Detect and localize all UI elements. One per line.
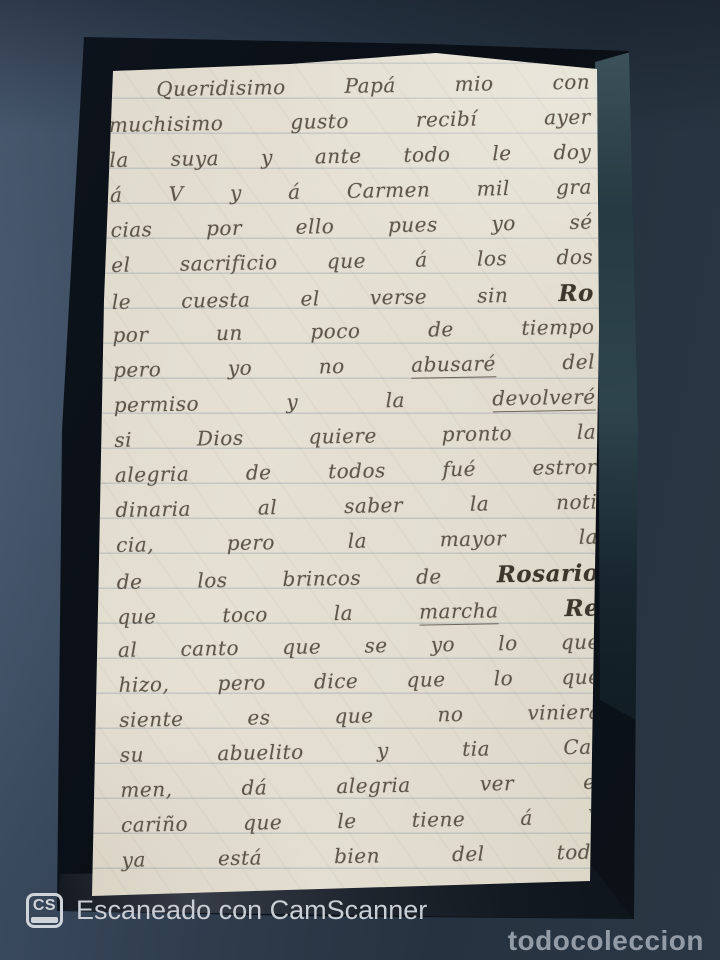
letter-word: fué [442, 457, 476, 482]
letter-word: tiene [412, 807, 466, 832]
letter-word: que [334, 703, 373, 728]
letter-word: del [562, 350, 595, 375]
letter-word: ver [480, 771, 515, 796]
letter-word: todo [556, 839, 603, 864]
letter-word: dá [241, 775, 267, 799]
camscanner-logo-text: CS [29, 897, 60, 915]
letter-word: cia, [116, 532, 154, 557]
letter-word: canto [180, 636, 239, 661]
letter-word: se [364, 633, 388, 657]
letter-word: permiso [113, 391, 199, 416]
letter-word: los [477, 246, 508, 271]
letter-word: Carmen [347, 177, 431, 202]
letter-word: abusaré [411, 351, 496, 378]
letter-word: le [337, 809, 357, 833]
letter-word: dice [314, 669, 359, 694]
letter-word: Ro [558, 280, 594, 308]
letter-word: yo [491, 211, 516, 235]
letter-word: no [437, 702, 463, 726]
letter-word: verse [370, 284, 428, 309]
letter-word: mayor [440, 526, 507, 551]
letter-word: bien [334, 843, 380, 868]
letter-word: está [218, 845, 262, 870]
letter-word: quiere [308, 423, 377, 448]
letter-word: hizo, [118, 672, 169, 697]
letter-word: ante [315, 144, 362, 169]
letter-word: á [415, 247, 428, 271]
letter-word: el [111, 253, 131, 277]
letter-word: y [230, 181, 242, 205]
letter-word: sacrificio [180, 250, 278, 276]
letter-word: que [406, 667, 445, 692]
letter-word: V [588, 804, 603, 828]
letter-word: doy [553, 140, 591, 165]
letter-word: saber [344, 493, 403, 518]
letter-word: lo [494, 666, 514, 690]
letter-word: siente [119, 707, 184, 732]
letter-word: que [117, 604, 156, 629]
letter-word: pero [217, 670, 266, 695]
letter-word: yo [431, 632, 456, 656]
letter-word: men, [120, 777, 172, 802]
camscanner-logo-bar [31, 917, 58, 923]
letter-word: noti [556, 490, 598, 515]
letter-word: de [416, 564, 442, 588]
letter-word: el [300, 286, 320, 310]
letter-word: que [327, 249, 366, 274]
letter-word: estror [532, 455, 597, 480]
letter-word: á [110, 183, 123, 207]
letter-word: si [114, 428, 132, 452]
letter-word: dinaria [115, 497, 191, 522]
letter-word: todo [403, 142, 450, 167]
letter-word: alegria [115, 462, 190, 487]
letter-word: cuesta [181, 288, 251, 313]
letter-word: un [216, 321, 243, 345]
letter-word: mio [454, 71, 493, 96]
letter-word: viniera [527, 699, 601, 724]
letter-word: ello [295, 214, 334, 239]
letter-word: á [288, 180, 301, 204]
letter-word: ayer [544, 105, 591, 130]
letter-word: toco [222, 602, 268, 627]
letter-word: brincos [282, 566, 361, 591]
letter-word: tia [462, 736, 490, 760]
letter-word: por [112, 322, 148, 347]
letter-word: la [470, 491, 490, 515]
letter-word: la [109, 148, 129, 172]
letter-word: á [520, 806, 533, 830]
letter-word: al [258, 495, 278, 519]
letter-word: es [247, 705, 271, 729]
letter-word: la [577, 420, 597, 444]
letter-word: pronto [441, 421, 512, 446]
letter-word: pues [388, 212, 438, 237]
camscanner-watermark: CS Escaneado con CamScanner [26, 893, 427, 928]
letter-word: cariño [121, 812, 188, 837]
letter-word: pero [227, 530, 276, 555]
letter-word: V [169, 182, 184, 206]
letter-lines: QueridisimoPapámioconmuchisimogustorecib… [108, 70, 604, 883]
letter-word: la [385, 388, 405, 412]
letter-word: la [579, 525, 599, 549]
letter-word: le [112, 290, 132, 314]
letter-word: Papá [344, 73, 396, 98]
letter-word: y [261, 145, 273, 169]
letter-word: que [282, 634, 321, 659]
letter-word: gra [556, 175, 592, 200]
letter-word: y [286, 390, 298, 414]
camscanner-watermark-label: Escaneado con CamScanner [76, 895, 427, 926]
letter-word: devolveré [492, 385, 596, 413]
letter-word: por [206, 216, 242, 241]
letter-word: los [197, 568, 228, 593]
letter-word: la [347, 529, 367, 553]
letter-word: muchisimo [109, 111, 224, 137]
letter-word: abuelito [217, 740, 304, 766]
todocoleccion-watermark: todocoleccion [508, 925, 704, 957]
scanned-letter-photo: QueridisimoPapámioconmuchisimogustorecib… [0, 0, 720, 960]
letter-line: yaestábiendeltodo [121, 839, 604, 882]
letter-word: que [243, 810, 282, 835]
letter-word: del [452, 842, 485, 867]
letter-word: alegria [336, 773, 411, 798]
letter-word: marcha [419, 598, 499, 625]
letter-word: el [583, 769, 603, 793]
camscanner-logo-icon: CS [26, 893, 63, 928]
black-mount-card: QueridisimoPapámioconmuchisimogustorecib… [0, 0, 720, 960]
letter-word: con [552, 70, 590, 95]
letter-word: Car [563, 734, 602, 759]
letter-word: al [118, 638, 138, 662]
letter-word: Dios [197, 426, 244, 451]
letter-word: poco [310, 319, 361, 344]
letter-word: recibí [416, 107, 478, 132]
letter-word: sin [477, 283, 508, 308]
letter-word: suya [171, 146, 220, 171]
letter-word: no [319, 354, 345, 378]
letter-word: que [561, 664, 600, 689]
letter-word: dos [556, 245, 593, 270]
letter-word: de [246, 460, 272, 484]
letter-word: que [561, 630, 600, 655]
letter-word: yo [228, 356, 253, 380]
letter-word: todos [328, 458, 386, 483]
letter-word: y [377, 738, 389, 762]
letter-word: Queridisimo [156, 75, 286, 101]
letter-word: Rosario [496, 560, 598, 589]
letter-word: de [428, 317, 454, 341]
letter-word: cias [110, 217, 152, 242]
letter-word: pero [113, 357, 162, 382]
letter-word: tiempo [521, 315, 594, 340]
letter-word: Re [564, 595, 599, 623]
letter-word: le [492, 141, 512, 165]
letter-word: ya [121, 847, 146, 871]
letter-word: lo [498, 631, 518, 655]
letter-word: gusto [290, 109, 349, 134]
letter-word: de [117, 569, 143, 593]
letter-word: sé [569, 210, 593, 234]
letter-word: mil [476, 176, 510, 201]
letter-word: su [120, 742, 145, 766]
letter-word: la [334, 601, 354, 625]
